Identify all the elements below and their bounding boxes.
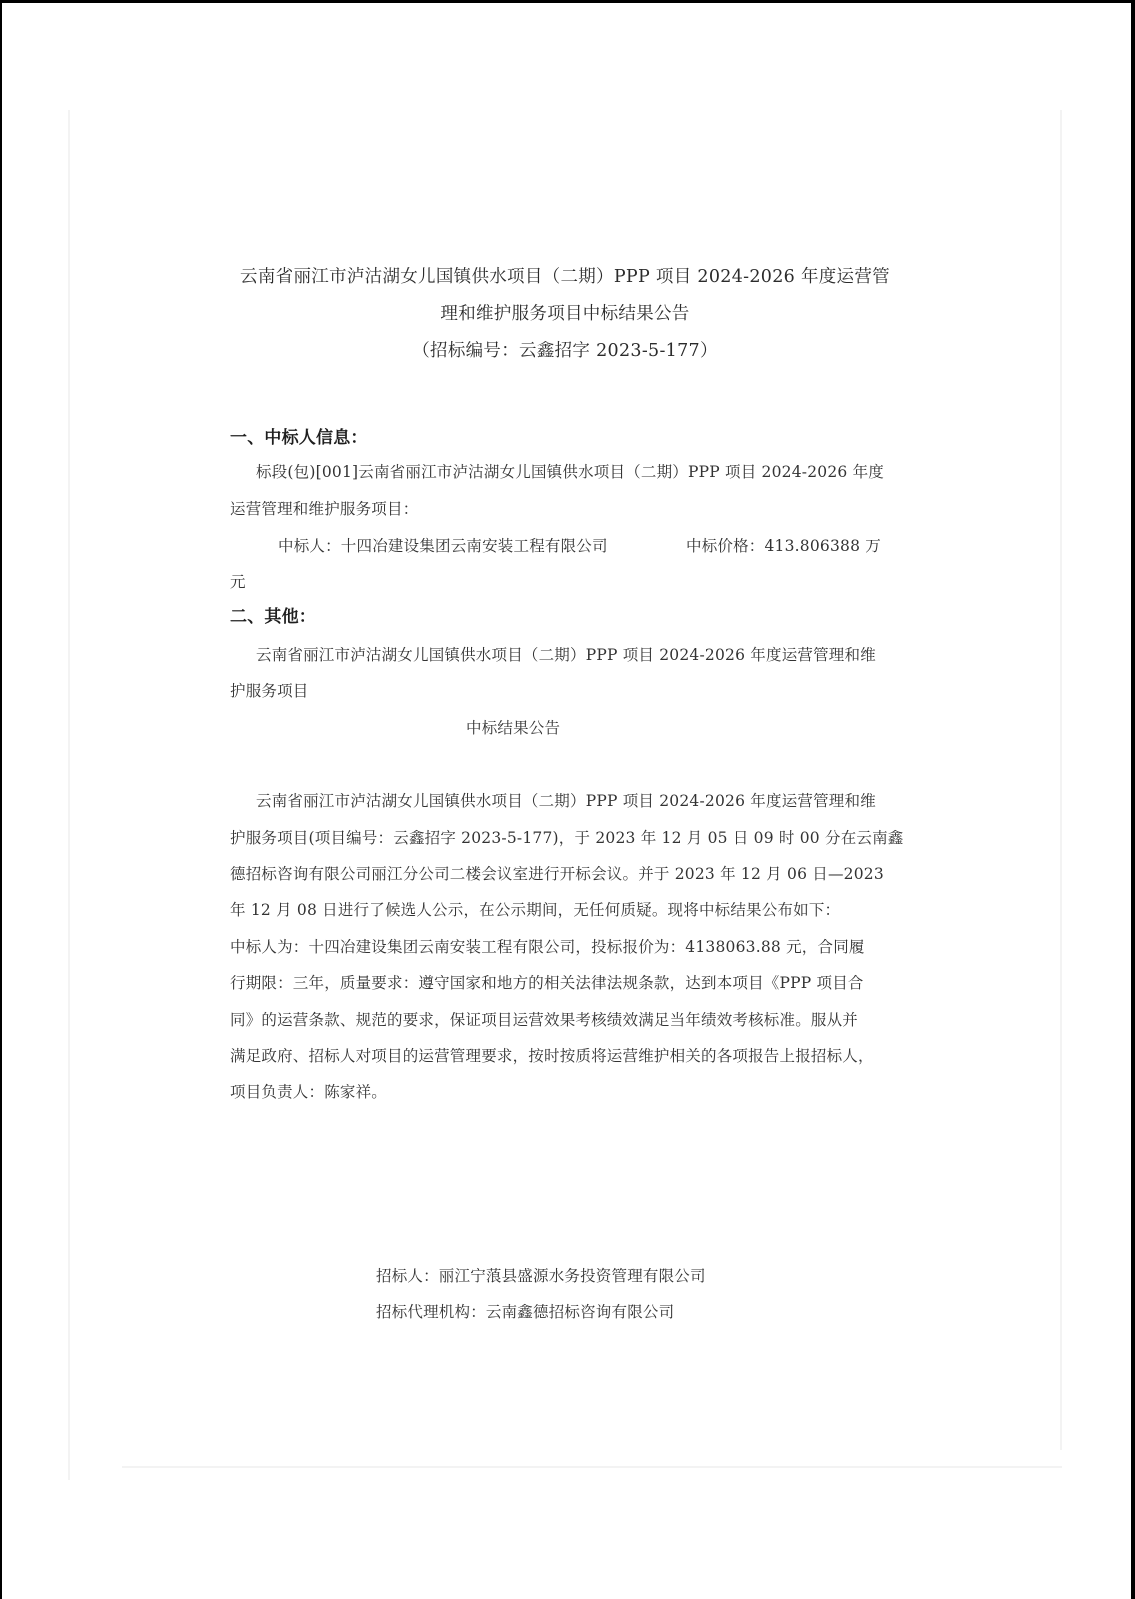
tenderer-signature: 招标人：丽江宁蒗县盛源水务投资管理有限公司 (376, 1266, 706, 1286)
section2-intro-line1: 云南省丽江市泸沽湖女儿国镇供水项目（二期）PPP 项目 2024-2026 年度… (256, 645, 876, 665)
body-line: 行期限：三年，质量要求：遵守国家和地方的相关法律法规条款，达到本项目《PPP 项… (230, 973, 864, 993)
lot-description-line1: 标段(包)[001]云南省丽江市泸沽湖女儿国镇供水项目（二期）PPP 项目 20… (256, 462, 884, 482)
result-subtitle: 中标结果公告 (466, 718, 560, 738)
body-line: 中标人为：十四冶建设集团云南安装工程有限公司，投标报价为：4138063.88 … (230, 937, 865, 957)
winner-name: 中标人：十四冶建设集团云南安装工程有限公司 (278, 536, 608, 556)
body-line: 年 12 月 08 日进行了候选人公示，在公示期间，无任何质疑。现将中标结果公布… (230, 900, 840, 920)
document-title-line1: 云南省丽江市泸沽湖女儿国镇供水项目（二期）PPP 项目 2024-2026 年度… (225, 266, 905, 288)
body-line: 护服务项目(项目编号：云鑫招字 2023-5-177)，于 2023 年 12 … (230, 828, 904, 848)
document-title-line2: 理和维护服务项目中标结果公告 (225, 303, 905, 325)
section2-heading: 二、其他： (230, 607, 316, 627)
body-line: 满足政府、招标人对项目的运营管理要求，按时按质将运营维护相关的各项报告上报招标人… (230, 1046, 874, 1066)
scan-artifact-right (1060, 110, 1062, 1450)
lot-description-line2: 运营管理和维护服务项目： (230, 499, 418, 519)
frame-border-right (1131, 0, 1135, 1599)
winning-price-unit: 元 (230, 572, 246, 592)
section1-heading: 一、中标人信息： (230, 428, 368, 448)
tender-number: （招标编号：云鑫招字 2023-5-177） (225, 340, 905, 362)
project-manager-line: 项目负责人：陈家祥。 (230, 1082, 387, 1102)
body-line: 同》的运营条款、规范的要求，保证项目运营效果考核绩效满足当年绩效考核标准。服从并 (230, 1010, 858, 1030)
scanned-page: 云南省丽江市泸沽湖女儿国镇供水项目（二期）PPP 项目 2024-2026 年度… (0, 0, 1135, 1599)
winning-price: 中标价格：413.806388 万 (686, 536, 881, 556)
section2-intro-line2: 护服务项目 (230, 681, 309, 701)
body-line: 云南省丽江市泸沽湖女儿国镇供水项目（二期）PPP 项目 2024-2026 年度… (256, 791, 876, 811)
frame-border-top (0, 0, 1135, 3)
scan-artifact-left (68, 110, 70, 1480)
scan-artifact-bottom (122, 1466, 1062, 1468)
body-line: 德招标咨询有限公司丽江分公司二楼会议室进行开标会议。并于 2023 年 12 月… (230, 864, 884, 884)
frame-border-left (0, 0, 2, 1599)
agency-signature: 招标代理机构：云南鑫德招标咨询有限公司 (376, 1302, 674, 1322)
